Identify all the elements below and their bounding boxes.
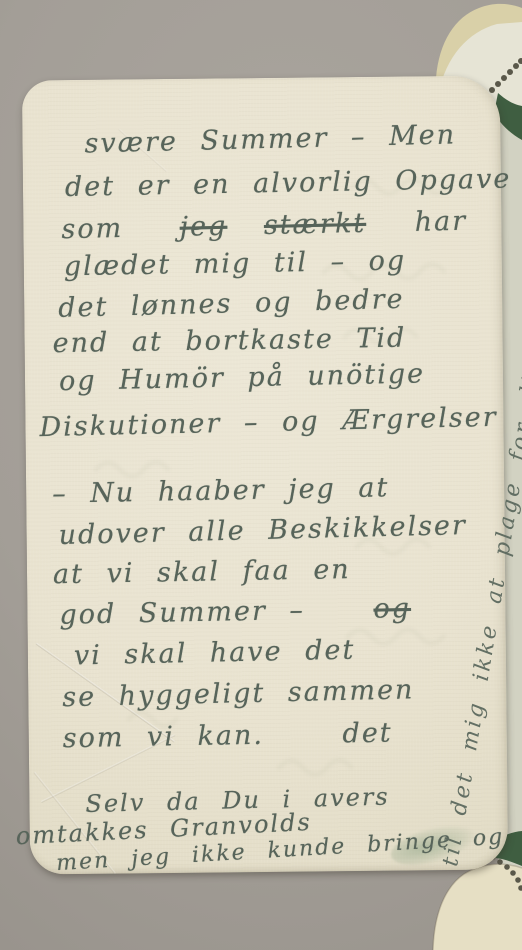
crossed-out-word: stærkt <box>264 208 367 241</box>
letter-line: vi skal have det <box>74 637 356 670</box>
letter-line: end at bortkaste Tid <box>52 325 406 358</box>
letter-word: som vi kan. <box>62 720 264 755</box>
letter-word: god Summer – <box>59 595 305 631</box>
letter-line: – Nu haaber jeg at <box>52 474 390 507</box>
letter-word: det <box>342 720 393 748</box>
letter-word: som <box>61 213 123 245</box>
letter-line: og Humör på unötige <box>59 360 426 395</box>
crossed-out-word: jeg <box>179 211 227 243</box>
photo-of-letter: svære Summer – Men det er en alvorlig Op… <box>0 0 522 950</box>
crossed-out-word: og <box>373 593 411 625</box>
letter-word: har <box>414 206 467 238</box>
letter-line: som vi kan. det <box>63 720 393 753</box>
letter-line: at vi skal faa en <box>53 556 351 588</box>
bottom-card-corner <box>433 864 522 950</box>
letter-line: det er en alvorlig Opgave <box>65 165 512 201</box>
letter-line: glædet mig til – og <box>64 247 407 280</box>
letter-line: se hyggeligt sammen <box>62 676 415 711</box>
letter-sheet: svære Summer – Men det er en alvorlig Op… <box>22 76 508 875</box>
